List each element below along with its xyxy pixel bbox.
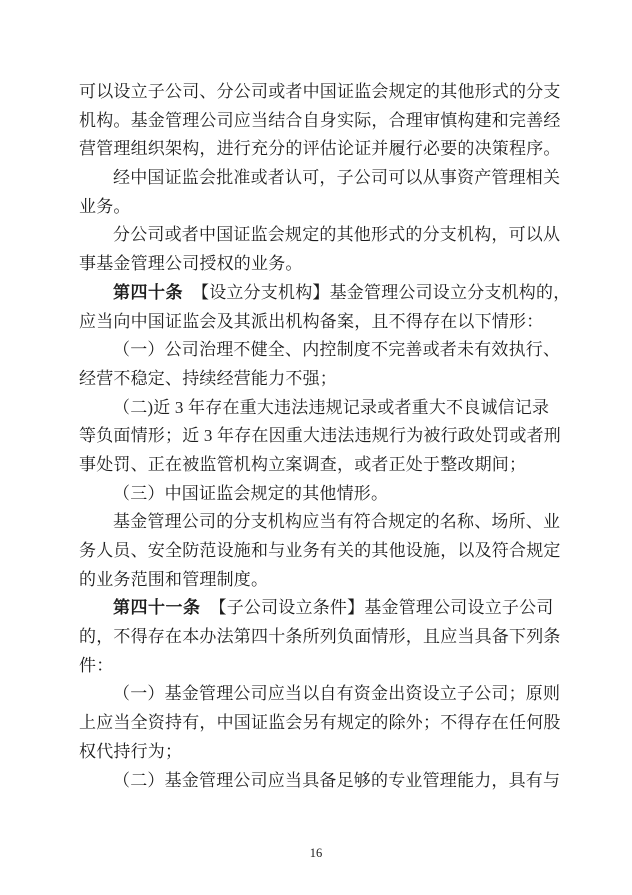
text-line: 件： <box>79 652 565 681</box>
page-number: 16 <box>0 845 632 861</box>
text-line: 经营不稳定、持续经营能力不强； <box>79 365 565 394</box>
text-line-article-40: 第四十条【设立分支机构】基金管理公司设立分支机构的， <box>79 279 565 308</box>
text-line: 分公司或者中国证监会规定的其他形式的分支机构，可以从 <box>79 221 565 250</box>
text-line: 经中国证监会批准或者认可，子公司可以从事资产管理相关 <box>79 164 565 193</box>
line-text: 【子公司设立条件】基金管理公司设立子公司 <box>210 598 554 617</box>
text-line: 机构。基金管理公司应当结合自身实际，合理审慎构建和完善经 <box>79 107 565 136</box>
text-line: 等负面情形；近 3 年存在因重大违法违规行为被行政处罚或者刑 <box>79 422 565 451</box>
text-line: 应当向中国证监会及其派出机构备案，且不得存在以下情形： <box>79 308 565 337</box>
text-line: （三）中国证监会规定的其他情形。 <box>79 480 565 509</box>
text-line: 上应当全资持有，中国证监会另有规定的除外；不得存在任何股 <box>79 709 565 738</box>
text-line: 事处罚、正在被监管机构立案调查，或者正处于整改期间； <box>79 451 565 480</box>
text-line: 业务。 <box>79 193 565 222</box>
text-line: 营管理组织架构，进行充分的评估论证并履行必要的决策程序。 <box>79 135 565 164</box>
text-line: （一）公司治理不健全、内控制度不完善或者未有效执行、 <box>79 336 565 365</box>
article-number: 第四十条 <box>113 283 183 302</box>
text-line-article-41: 第四十一条【子公司设立条件】基金管理公司设立子公司 <box>79 594 565 623</box>
line-text: 【设立分支机构】基金管理公司设立分支机构的， <box>192 283 570 302</box>
text-line: 的业务范围和管理制度。 <box>79 566 565 595</box>
text-line: 务人员、安全防范设施和与业务有关的其他设施，以及符合规定 <box>79 537 565 566</box>
text-line: （一）基金管理公司应当以自有资金出资设立子公司；原则 <box>79 680 565 709</box>
text-line: （二)近 3 年存在重大违法违规记录或者重大不良诚信记录 <box>79 394 565 423</box>
text-line: 权代持行为； <box>79 738 565 767</box>
text-line: （二）基金管理公司应当具备足够的专业管理能力，具有与 <box>79 767 565 796</box>
page-body-text: 可以设立子公司、分公司或者中国证监会规定的其他形式的分支 机构。基金管理公司应当… <box>79 78 565 795</box>
document-page: 可以设立子公司、分公司或者中国证监会规定的其他形式的分支 机构。基金管理公司应当… <box>0 0 632 895</box>
article-number: 第四十一条 <box>113 598 201 617</box>
text-line: 事基金管理公司授权的业务。 <box>79 250 565 279</box>
text-line: 的，不得存在本办法第四十条所列负面情形，且应当具备下列条 <box>79 623 565 652</box>
text-line: 可以设立子公司、分公司或者中国证监会规定的其他形式的分支 <box>79 78 565 107</box>
text-line: 基金管理公司的分支机构应当有符合规定的名称、场所、业 <box>79 508 565 537</box>
